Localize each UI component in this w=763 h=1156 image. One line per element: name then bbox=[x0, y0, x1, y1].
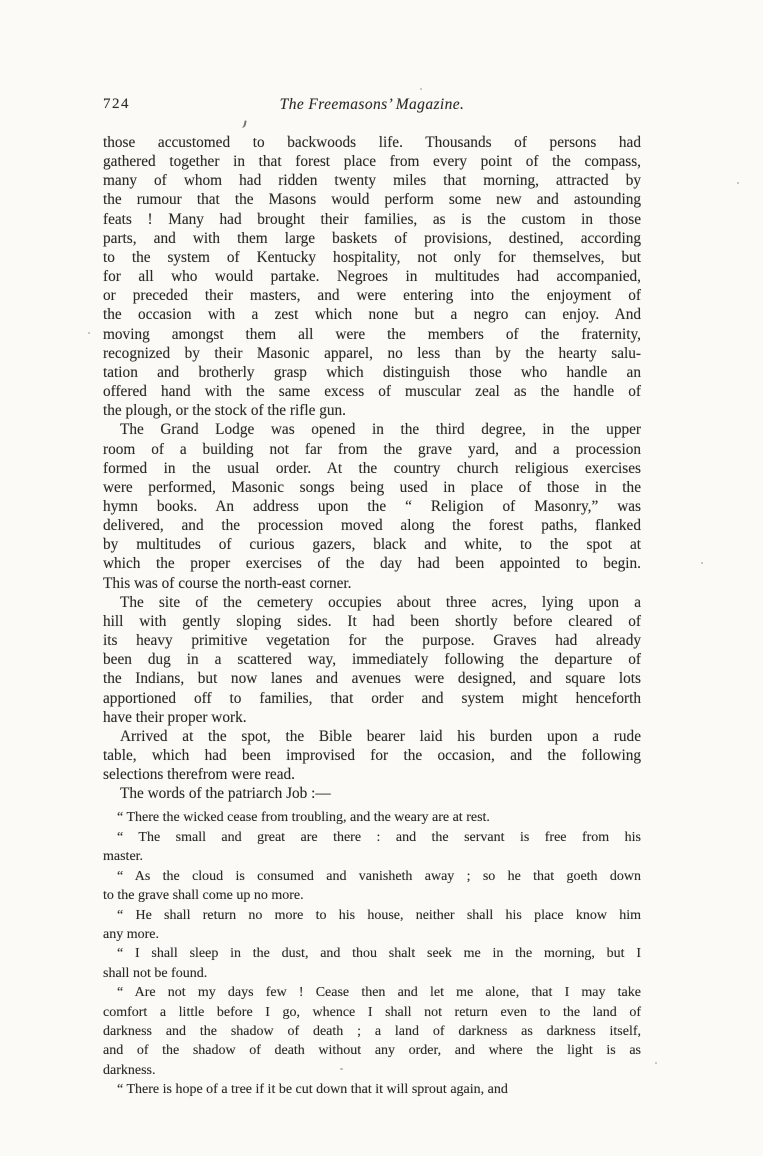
text-line: The words of the patriarch Job :— bbox=[103, 784, 641, 803]
text-line: hymn books. An address upon the “ Religi… bbox=[103, 497, 641, 516]
body-paragraph: The words of the patriarch Job :— bbox=[103, 784, 641, 803]
text-line: parts, and with them large baskets of pr… bbox=[103, 229, 641, 248]
text-line: “ As the cloud is consumed and vanisheth… bbox=[103, 867, 641, 886]
text-line: feats ! Many had brought their families,… bbox=[103, 210, 641, 229]
text-line: The Grand Lodge was opened in the third … bbox=[103, 420, 641, 439]
text-line: the rumour that the Masons would perform… bbox=[103, 190, 641, 209]
text-line: “ He shall return no more to his house, … bbox=[103, 906, 641, 925]
text-line: The site of the cemetery occupies about … bbox=[103, 593, 641, 612]
text-line: the plough, or the stock of the rifle gu… bbox=[103, 401, 641, 420]
text-line: were performed, Masonic songs being used… bbox=[103, 478, 641, 497]
text-line: to the grave shall come up no more. bbox=[103, 886, 641, 905]
text-line: table, which had been improvised for the… bbox=[103, 746, 641, 765]
scripture-quote-paragraph: “ He shall return no more to his house, … bbox=[103, 906, 641, 945]
page-text-column: those accustomed to backwoods life. Thou… bbox=[103, 133, 641, 1100]
text-line: “ I shall sleep in the dust, and thou sh… bbox=[103, 944, 641, 963]
text-line: darkness. bbox=[103, 1061, 641, 1080]
scripture-quote-paragraph: “ I shall sleep in the dust, and thou sh… bbox=[103, 944, 641, 983]
text-line: shall not be found. bbox=[103, 964, 641, 983]
magazine-title: The Freemasons’ Magazine. bbox=[103, 96, 641, 114]
scripture-quote-paragraph: “ As the cloud is consumed and vanisheth… bbox=[103, 867, 641, 906]
ink-mark bbox=[239, 119, 247, 128]
scripture-quote-paragraph: “ The small and great are there : and th… bbox=[103, 828, 641, 867]
text-line: “ The small and great are there : and th… bbox=[103, 828, 641, 847]
scripture-quote-paragraph: “ Are not my days few ! Cease then and l… bbox=[103, 983, 641, 1080]
text-line: those accustomed to backwoods life. Thou… bbox=[103, 133, 641, 152]
text-line: selections therefrom were read. bbox=[103, 765, 641, 784]
text-line: or preceded their masters, and were ente… bbox=[103, 286, 641, 305]
text-line: comfort a little before I go, whence I s… bbox=[103, 1003, 641, 1022]
body-paragraph: The Grand Lodge was opened in the third … bbox=[103, 420, 641, 592]
text-line: have their proper work. bbox=[103, 708, 641, 727]
text-line: many of whom had ridden twenty miles tha… bbox=[103, 171, 641, 190]
text-line: recognized by their Masonic apparel, no … bbox=[103, 344, 641, 363]
text-line: “ There is hope of a tree if it be cut d… bbox=[103, 1080, 641, 1099]
page-header: 724 The Freemasons’ Magazine. bbox=[103, 96, 641, 118]
text-line: moving amongst them all were the members… bbox=[103, 325, 641, 344]
scan-speck bbox=[420, 88, 422, 90]
text-line: its heavy primitive vegetation for the p… bbox=[103, 631, 641, 650]
scripture-quote-paragraph: “ There the wicked cease from troubling,… bbox=[103, 808, 641, 827]
text-line: master. bbox=[103, 847, 641, 866]
text-line: apportioned off to families, that order … bbox=[103, 689, 641, 708]
text-line: and of the shadow of death without any o… bbox=[103, 1041, 641, 1060]
text-line: This was of course the north-east corner… bbox=[103, 574, 641, 593]
text-line: room of a building not far from the grav… bbox=[103, 440, 641, 459]
text-line: the Indians, but now lanes and avenues w… bbox=[103, 669, 641, 688]
text-line: darkness and the shadow of death ; a lan… bbox=[103, 1022, 641, 1041]
text-line: any more. bbox=[103, 925, 641, 944]
body-paragraph: The site of the cemetery occupies about … bbox=[103, 593, 641, 727]
text-line: the occasion with a zest which none but … bbox=[103, 305, 641, 324]
scripture-quote-paragraph: “ There is hope of a tree if it be cut d… bbox=[103, 1080, 641, 1099]
text-line: hill with gently sloping sides. It had b… bbox=[103, 612, 641, 631]
text-line: formed in the usual order. At the countr… bbox=[103, 459, 641, 478]
scan-speck bbox=[737, 182, 739, 184]
magazine-page-scan: 724 The Freemasons’ Magazine. those accu… bbox=[0, 0, 763, 1156]
text-line: delivered, and the procession moved alon… bbox=[103, 516, 641, 535]
body-paragraph: Arrived at the spot, the Bible bearer la… bbox=[103, 727, 641, 784]
text-line: “ Are not my days few ! Cease then and l… bbox=[103, 983, 641, 1002]
text-line: been dug in a scattered way, immediately… bbox=[103, 650, 641, 669]
text-line: gathered together in that forest place f… bbox=[103, 152, 641, 171]
text-line: tation and brotherly grasp which disting… bbox=[103, 363, 641, 382]
text-line: to the system of Kentucky hospitality, n… bbox=[103, 248, 641, 267]
text-line: offered hand with the same excess of mus… bbox=[103, 382, 641, 401]
body-paragraph: those accustomed to backwoods life. Thou… bbox=[103, 133, 641, 420]
text-line: “ There the wicked cease from troubling,… bbox=[103, 808, 641, 827]
scan-speck bbox=[701, 562, 703, 564]
text-line: for all who would partake. Negroes in mu… bbox=[103, 267, 641, 286]
text-line: which the proper exercises of the day ha… bbox=[103, 554, 641, 573]
scan-speck bbox=[88, 332, 90, 334]
text-line: by multitudes of curious gazers, black a… bbox=[103, 535, 641, 554]
scan-speck bbox=[655, 1062, 657, 1064]
text-line: Arrived at the spot, the Bible bearer la… bbox=[103, 727, 641, 746]
